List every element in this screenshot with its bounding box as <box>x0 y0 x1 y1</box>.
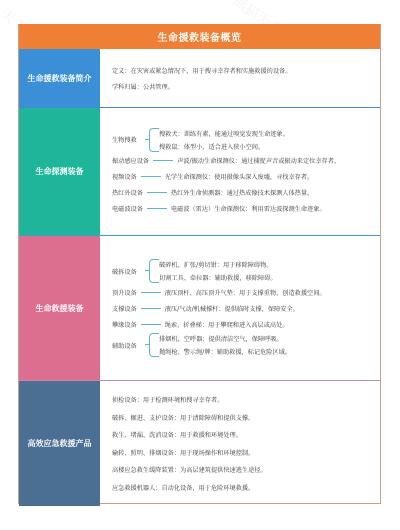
section-content: 破拆设备 破碎机、扩张/剪切钳：用于移除障碍物。 切割工具、牵拉器：辅助救援，移… <box>100 236 380 380</box>
pair-row: 视频设备光学生命探测仪：使用摄像头深入废墟，寻找幸存者。 <box>112 169 380 185</box>
dash-connector <box>153 160 173 161</box>
dash-connector <box>141 176 161 177</box>
branch-item: 破碎机、扩张/剪切钳：用于移除障碍物。 <box>159 258 277 271</box>
branch-head: 生物搜救 <box>112 135 146 144</box>
section-rescue: 生命救援装备 破拆设备 破碎机、扩张/剪切钳：用于移除障碍物。 切割工具、牵拉器… <box>19 236 380 381</box>
product-item: 救生、堵漏、洗消设备：用于救援和环境处理。 <box>112 426 380 444</box>
branch-item: 搜救鼠：体型小，适合进入狭小空间。 <box>159 140 289 153</box>
bracket-connector <box>149 128 159 152</box>
section-content: 生物搜救 搜救犬：训练有素，能通过嗅觉发现生命迹象。 搜救鼠：体型小，适合进入狭… <box>100 108 380 235</box>
bracket-connector <box>149 259 159 283</box>
pair-text: 液压/气动/机械撑杆：提供临时支撑，保障安全。 <box>165 304 299 313</box>
table-title: 生命援救装备概览 <box>19 24 380 49</box>
branch-item: 切割工具、牵拉器：辅助救援，移除障碍。 <box>159 271 277 284</box>
branch-demolition: 破拆设备 破碎机、扩张/剪切钳：用于移除障碍物。 切割工具、牵拉器：辅助救援，移… <box>112 258 380 284</box>
pair-text: 声波/振动生命探测仪：通过捕捉声音或振动来定位幸存者。 <box>177 156 340 165</box>
branch-bio: 生物搜救 搜救犬：训练有素，能通过嗅觉发现生命迹象。 搜救鼠：体型小，适合进入狭… <box>112 127 380 153</box>
section-label: 生命探测装备 <box>19 108 100 235</box>
pair-head: 攀缘设备 <box>112 320 137 329</box>
dash-connector <box>147 192 167 193</box>
section-label: 生命救援装备 <box>19 236 100 380</box>
branch-head: 破拆设备 <box>112 267 146 276</box>
pair-row: 顶升设备液压顶杆、高压顶升气垫：用于支撑重物，创造救援空间。 <box>112 284 380 300</box>
dash-connector <box>141 292 161 293</box>
branch-item: 抛绳枪、警示绳/牌：辅助救援，标记危险区域。 <box>159 345 291 358</box>
dash-connector <box>147 208 167 209</box>
pair-row: 支撑设备液压/气动/机械撑杆：提供临时支撑，保障安全。 <box>112 300 380 316</box>
section-label: 高效应急救援产品 <box>19 381 100 506</box>
product-item: 破拆、掘进、支护设备：用于清除障碍和提供支撑。 <box>112 409 380 427</box>
section-intro: 生命援救装备简介 定义：在灾害或紧急情况下，用于搜寻幸存者和实施救援的设备。 学… <box>19 49 380 108</box>
section-content: 定义：在灾害或紧急情况下，用于搜寻幸存者和实施救援的设备。 学科归属：公共管理。 <box>100 49 380 107</box>
section-label: 生命援救装备简介 <box>19 49 100 107</box>
branch-item: 搜救犬：训练有素，能通过嗅觉发现生命迹象。 <box>159 127 289 140</box>
branch-item: 排烟机、空呼器：提供清洁空气，保障呼吸。 <box>159 332 291 345</box>
product-item: 输转、照明、排烟设备：用于现场操作和环境控制。 <box>112 444 380 462</box>
product-item: 高楼应急救生缓降装置：为高层建筑提供快速逃生途径。 <box>112 461 380 479</box>
dash-connector <box>141 324 161 325</box>
pair-row: 攀缘设备绳索、折叠梯：用于攀爬和进入高层或高处。 <box>112 316 380 332</box>
dash-connector <box>141 308 161 309</box>
pair-head: 振动感应设备 <box>112 156 149 165</box>
section-detection: 生命探测装备 生物搜救 搜救犬：训练有素，能通过嗅觉发现生命迹象。 搜救鼠：体型… <box>19 108 380 236</box>
pair-head: 顶升设备 <box>112 288 137 297</box>
pair-text: 热红外生命侦测器：通过热成像技术探测人体热量。 <box>171 188 313 197</box>
definition-text: 定义：在灾害或紧急情况下，用于搜寻幸存者和实施救援的设备。 <box>112 62 380 78</box>
pair-head: 热红外设备 <box>112 188 143 197</box>
section-content: 侦检设备：用于检测环境和搜寻幸存者。 破拆、掘进、支护设备：用于清除障碍和提供支… <box>100 381 380 506</box>
pair-row: 电磁波设备电磁波（雷达）生命探测仪：利用雷达波探测生命迹象。 <box>112 201 380 217</box>
section-products: 高效应急救援产品 侦检设备：用于检测环境和搜寻幸存者。 破拆、掘进、支护设备：用… <box>19 381 380 506</box>
branch-auxiliary: 辅助设备 排烟机、空呼器：提供清洁空气，保障呼吸。 抛绳枪、警示绳/牌：辅助救援… <box>112 332 380 358</box>
pair-text: 绳索、折叠梯：用于攀爬和进入高层或高处。 <box>165 320 289 329</box>
product-item: 应急救援机器人：自动化设备，用于危险环境救援。 <box>112 479 380 497</box>
branch-head: 辅助设备 <box>112 341 146 350</box>
bracket-connector <box>149 333 159 357</box>
pair-text: 液压顶杆、高压顶升气垫：用于支撑重物，创造救援空间。 <box>165 288 326 297</box>
pair-text: 光学生命探测仪：使用摄像头深入废墟，寻找幸存者。 <box>165 172 314 181</box>
pair-text: 电磁波（雷达）生命探测仪：利用雷达波探测生命迹象。 <box>171 204 326 213</box>
discipline-text: 学科归属：公共管理。 <box>112 78 380 94</box>
pair-row: 振动感应设备声波/振动生命探测仪：通过捕捉声音或振动来定位幸存者。 <box>112 153 380 169</box>
product-item: 侦检设备：用于检测环境和搜寻幸存者。 <box>112 391 380 409</box>
pair-head: 支撑设备 <box>112 304 137 313</box>
overview-table: 生命援救装备概览 生命援救装备简介 定义：在灾害或紧急情况下，用于搜寻幸存者和实… <box>18 24 381 504</box>
pair-head: 视频设备 <box>112 172 137 181</box>
pair-head: 电磁波设备 <box>112 204 143 213</box>
pair-row: 热红外设备热红外生命侦测器：通过热成像技术探测人体热量。 <box>112 185 380 201</box>
